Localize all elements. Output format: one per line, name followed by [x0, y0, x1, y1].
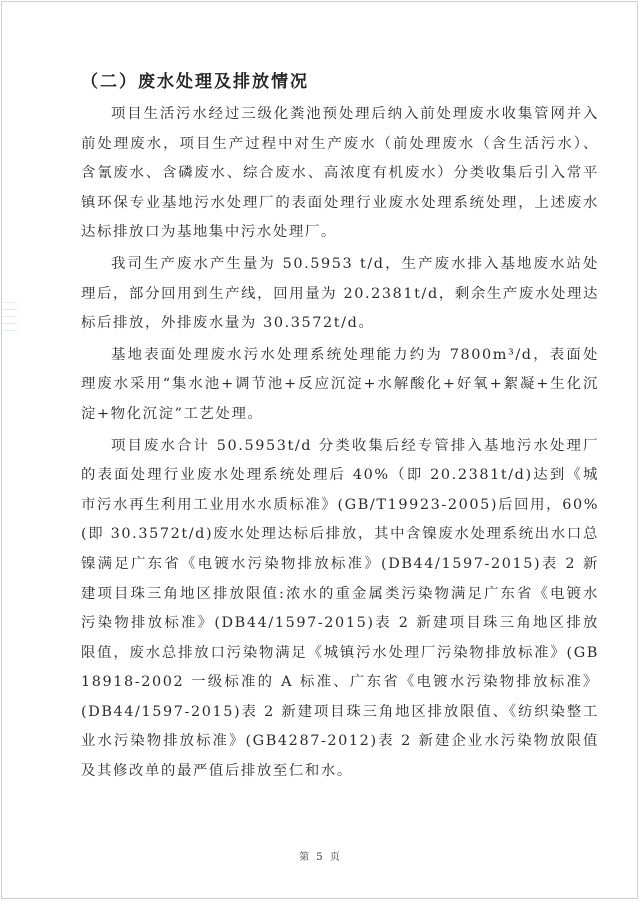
scan-artifact [3, 302, 17, 342]
paragraph-production-wastewater: 我司生产废水产生量为 50.5953 t/d，生产废水排入基地废水站处理后，部分… [81, 250, 599, 339]
section-title: （二）废水处理及排放情况 [81, 66, 599, 98]
document-page: （二）废水处理及排放情况 项目生活污水经过三级化粪池预处理后纳入前处理废水收集管… [1, 1, 638, 899]
paragraph-discharge-standards: 项目废水合计 50.5953t/d 分类收集后经专管排入基地污水处理厂的表面处理… [81, 432, 599, 787]
page-content: （二）废水处理及排放情况 项目生活污水经过三级化粪池预处理后纳入前处理废水收集管… [81, 66, 599, 789]
paragraph-domestic-sewage: 项目生活污水经过三级化粪池预处理后纳入前处理废水收集管网并入前处理废水，项目生产… [81, 100, 599, 248]
page-number: 第 5 页 [2, 848, 639, 863]
paragraph-treatment-capacity: 基地表面处理废水污水处理系统处理能力约为 7800m³/d，表面处理废水采用“集… [81, 341, 599, 430]
